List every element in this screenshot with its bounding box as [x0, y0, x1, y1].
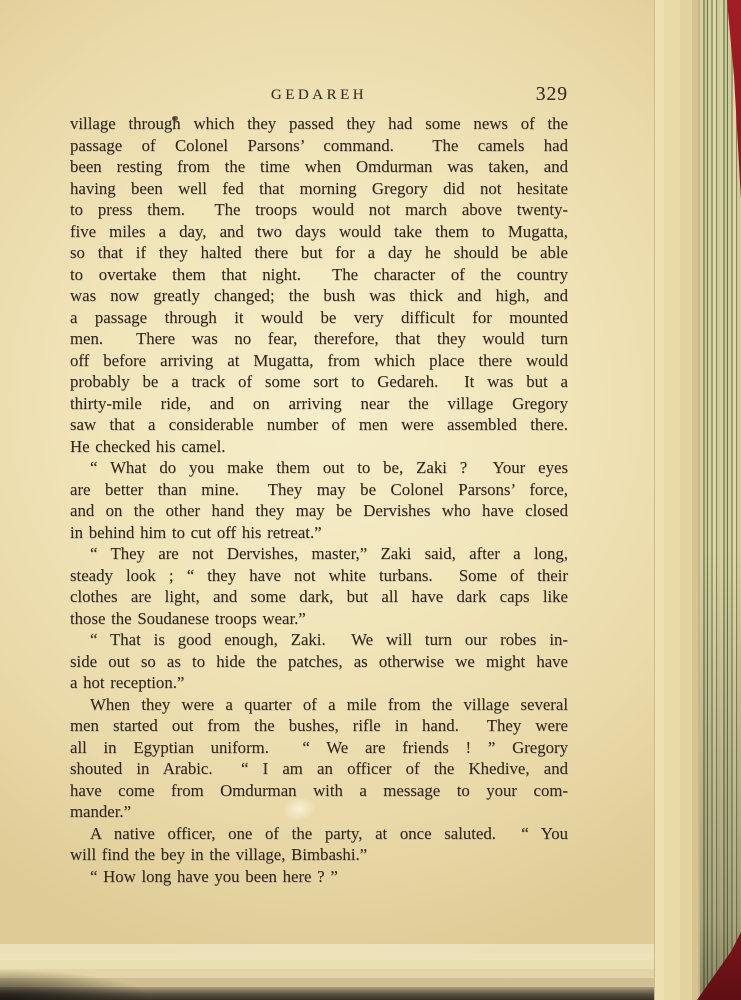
text-line: was now greatly changed; the bush was th…: [70, 285, 568, 307]
text-line: a passage through it would be very diffi…: [70, 307, 568, 329]
text-line: mander.”: [70, 801, 568, 823]
text-line: village through which they passed they h…: [70, 113, 568, 135]
text-line: clothes are light, and some dark, but al…: [70, 586, 568, 608]
text-line: When they were a quarter of a mile from …: [70, 694, 568, 716]
text-line: in behind him to cut off his retreat.”: [70, 522, 568, 544]
text-line: probably be a track of some sort to Geda…: [70, 371, 568, 393]
text-line: “ They are not Dervishes, master,” Zaki …: [70, 543, 568, 565]
text-line: “ What do you make them out to be, Zaki …: [70, 457, 568, 479]
text-line: off before arriving at Mugatta, from whi…: [70, 350, 568, 372]
page-text: village through which they passed they h…: [70, 113, 568, 887]
text-line: having been well fed that morning Gregor…: [70, 178, 568, 200]
text-line: are better than mine. They may be Colone…: [70, 479, 568, 501]
text-line: saw that a considerable number of men we…: [70, 414, 568, 436]
text-line: men. There was no fear, therefore, that …: [70, 328, 568, 350]
text-line: to overtake them that night. The charact…: [70, 264, 568, 286]
text-line: five miles a day, and two days would tak…: [70, 221, 568, 243]
text-line: and on the other hand they may be Dervis…: [70, 500, 568, 522]
text-line: side out so as to hide the patches, as o…: [70, 651, 568, 673]
text-line: shouted in Arabic. “ I am an officer of …: [70, 758, 568, 780]
text-line: so that if they halted there but for a d…: [70, 242, 568, 264]
page-edge-streaks: [700, 0, 741, 1000]
scanned-book-page: GEDAREH 329 village through which they p…: [0, 0, 741, 1000]
text-line: have come from Omdurman with a message t…: [70, 780, 568, 802]
chapter-running-title: GEDAREH: [70, 87, 568, 104]
page-right-crease: [654, 0, 700, 1000]
running-header: GEDAREH 329: [70, 84, 568, 106]
text-line: passage of Colonel Parsons’ command. The…: [70, 135, 568, 157]
text-line: “ How long have you been here ? ”: [70, 866, 568, 888]
text-line: thirty-mile ride, and on arriving near t…: [70, 393, 568, 415]
bottom-left-shadow: [0, 970, 150, 1000]
text-line: a hot reception.”: [70, 672, 568, 694]
text-line: steady look ; “ they have not white turb…: [70, 565, 568, 587]
text-line: men started out from the bushes, rifle i…: [70, 715, 568, 737]
text-line: He checked his camel.: [70, 436, 568, 458]
text-line: to press them. The troops would not marc…: [70, 199, 568, 221]
page-number: 329: [536, 84, 568, 106]
text-line: those the Soudanese troops wear.”: [70, 608, 568, 630]
text-line: will find the bey in the village, Bimbas…: [70, 844, 568, 866]
text-line: been resting from the time when Omdurman…: [70, 156, 568, 178]
text-line: “ That is good enough, Zaki. We will tur…: [70, 629, 568, 651]
text-line: A native officer, one of the party, at o…: [70, 823, 568, 845]
text-line: all in Egyptian uniform. “ We are friend…: [70, 737, 568, 759]
